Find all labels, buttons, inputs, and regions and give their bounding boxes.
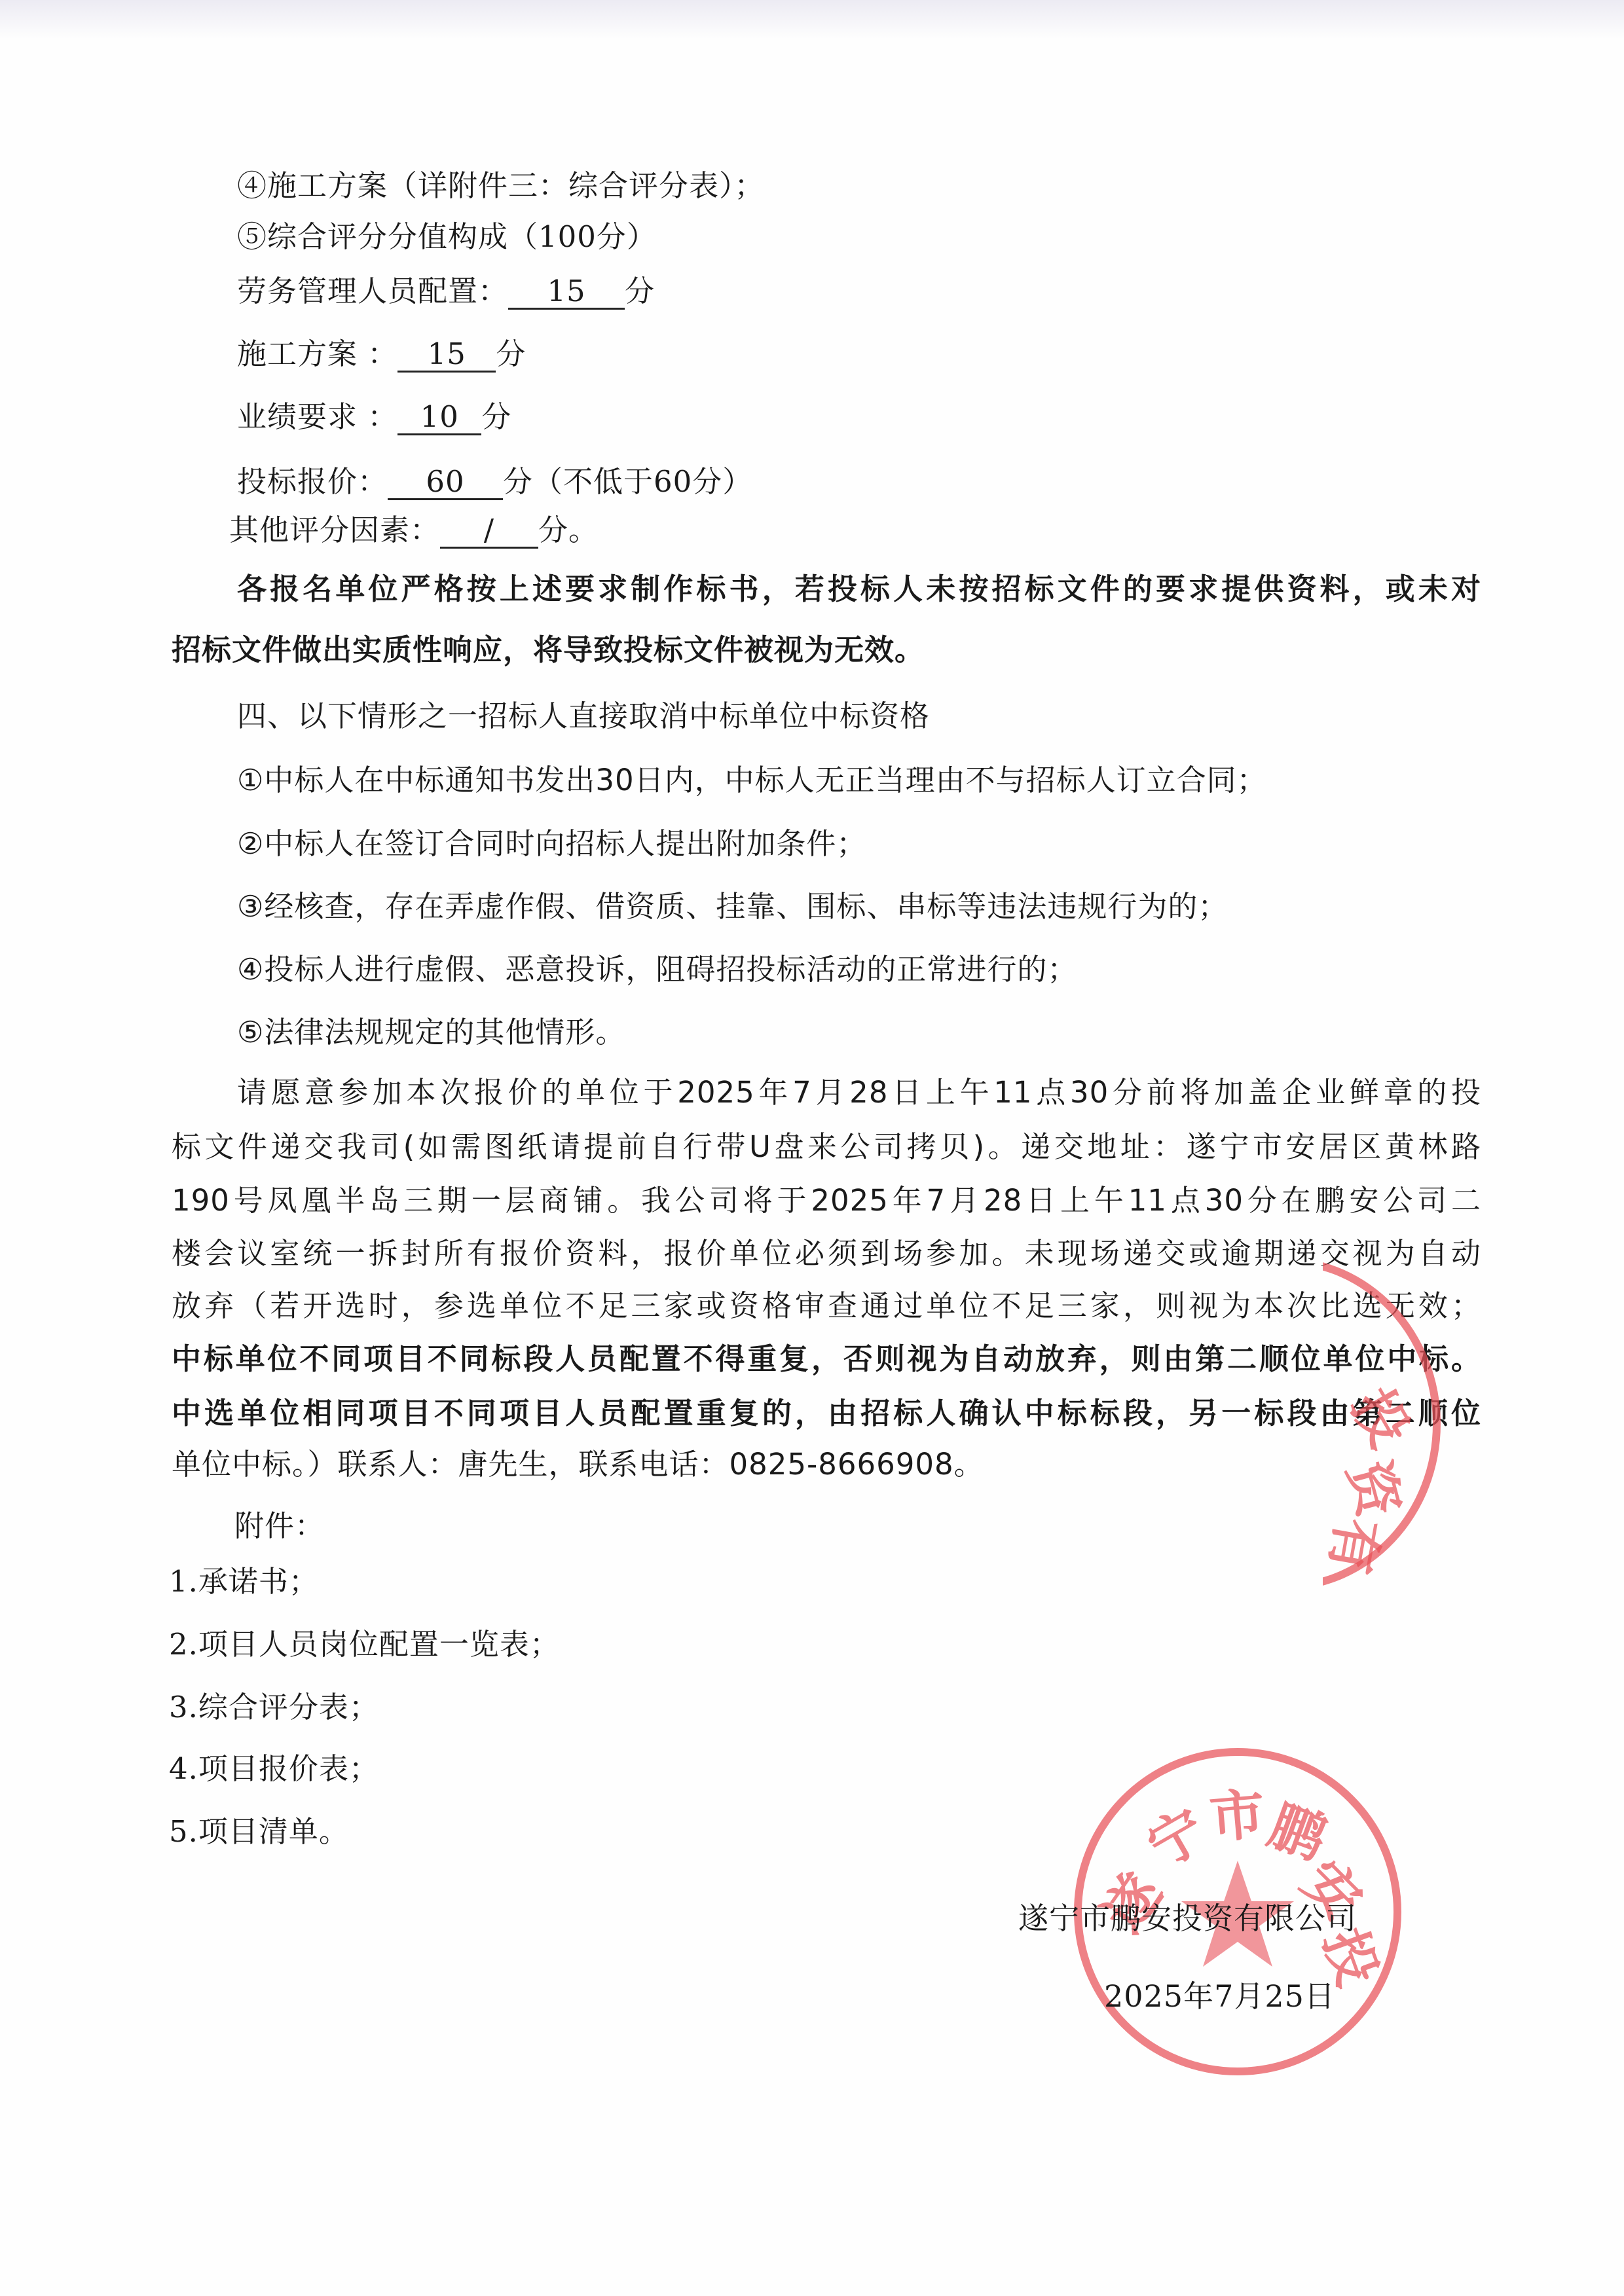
notice-line-contact: 单位中标。）联系人：唐先生，联系电话：0825-8666908。 (172, 1445, 984, 1484)
attachment-item: 3.综合评分表； (169, 1688, 379, 1727)
section-4-item: ②中标人在签订合同时向招标人提出附加条件； (237, 824, 866, 864)
section-4-item: ①中标人在中标通知书发出30日内，中标人无正当理由不与招标人订立合同； (237, 761, 1267, 800)
warning-line-2: 招标文件做出实质性响应，将导致投标文件被视为无效。 (172, 630, 925, 670)
scan-shadow (0, 0, 1624, 39)
score-unit: 分。 (538, 513, 599, 547)
attachment-item: 5.项目清单。 (169, 1812, 349, 1851)
score-label: 施工方案 ： (237, 337, 397, 371)
section-4-item: ③经核查，存在弄虚作假、借资质、挂靠、围标、串标等违法违规行为的； (237, 887, 1228, 926)
notice-line-bold: 中标单位不同项目不同标段人员配置不得重复，否则视为自动放弃，则由第二顺位单位中标… (172, 1339, 1481, 1379)
score-row-bid-price: 投标报价：60分（不低于60分） (237, 462, 752, 501)
signature-company: 遂宁市鹏安投资有限公司 (1018, 1899, 1357, 1938)
score-unit: 分 (481, 399, 511, 434)
score-label: 劳务管理人员配置： (237, 274, 508, 308)
section-4-item: ⑤法律法规规定的其他情形。 (237, 1013, 625, 1052)
section-4-heading: 四、以下情形之一招标人直接取消中标单位中标资格 (237, 697, 930, 736)
signature-date: 2025年7月25日 (1104, 1977, 1335, 2016)
notice-line: 放弃（若开选时，参选单位不足三家或资格审查通过单位不足三家，则视为本次比选无效； (172, 1286, 1481, 1326)
score-label: 业绩要求 ： (237, 399, 397, 434)
notice-line: 楼会议室统一拆封所有报价资料，报价单位必须到场参加。未现场递交或逾期递交视为自动 (172, 1234, 1481, 1273)
score-label: 投标报价： (237, 464, 388, 499)
score-row-other: 其他评分因素：/分。 (229, 511, 599, 550)
scoring-item-5: ⑤综合评分分值构成（100分） (237, 217, 657, 257)
attachments-heading: 附件： (234, 1506, 325, 1546)
score-value: 10 (397, 401, 481, 435)
score-unit: 分 (503, 464, 533, 499)
score-value: 15 (397, 338, 496, 373)
section-4-item: ④投标人进行虚假、恶意投诉，阻碍招投标活动的正常进行的； (237, 950, 1077, 989)
score-value: / (440, 514, 538, 549)
score-row-labor: 劳务管理人员配置：15分 (237, 272, 655, 311)
score-unit: 分 (625, 274, 655, 308)
score-label: 其他评分因素： (229, 513, 440, 547)
attachment-item: 2.项目人员岗位配置一览表； (169, 1625, 560, 1664)
attachment-item: 1.承诺书； (169, 1562, 319, 1601)
seam-stamp-char: 有 (1314, 1513, 1402, 1581)
score-row-performance: 业绩要求 ：10分 (237, 397, 511, 437)
attachment-item: 4.项目报价表； (169, 1749, 379, 1789)
notice-line-bold: 中选单位相同项目不同项目人员配置重复的，由招标人确认中标标段，另一标段由第二顺位 (172, 1394, 1481, 1433)
notice-line: 请愿意参加本次报价的单位于2025年7月28日上午11点30分前将加盖企业鲜章的… (237, 1073, 1481, 1112)
scoring-item-4: ④施工方案（详附件三：综合评分表）； (237, 166, 765, 206)
seal-char: 市 (1206, 1770, 1268, 1854)
seam-stamp-char: 资 (1333, 1451, 1424, 1524)
score-value: 15 (508, 275, 625, 310)
score-value: 60 (388, 465, 503, 500)
score-note: （不低于60分） (533, 464, 752, 499)
notice-line: 190号凤凰半岛三期一层商铺。我公司将于2025年7月28日上午11点30分在鹏… (172, 1181, 1481, 1220)
seam-stamp-char: 投 (1337, 1372, 1433, 1459)
warning-line-1: 各报名单位严格按上述要求制作标书，若投标人未按招标文件的要求提供资料，或未对 (237, 570, 1481, 609)
score-unit: 分 (496, 337, 526, 371)
score-row-construction-plan: 施工方案 ：15分 (237, 335, 526, 374)
notice-line: 标文件递交我司(如需图纸请提前自行带U盘来公司拷贝)。递交地址：遂宁市安居区黄林… (172, 1127, 1481, 1167)
